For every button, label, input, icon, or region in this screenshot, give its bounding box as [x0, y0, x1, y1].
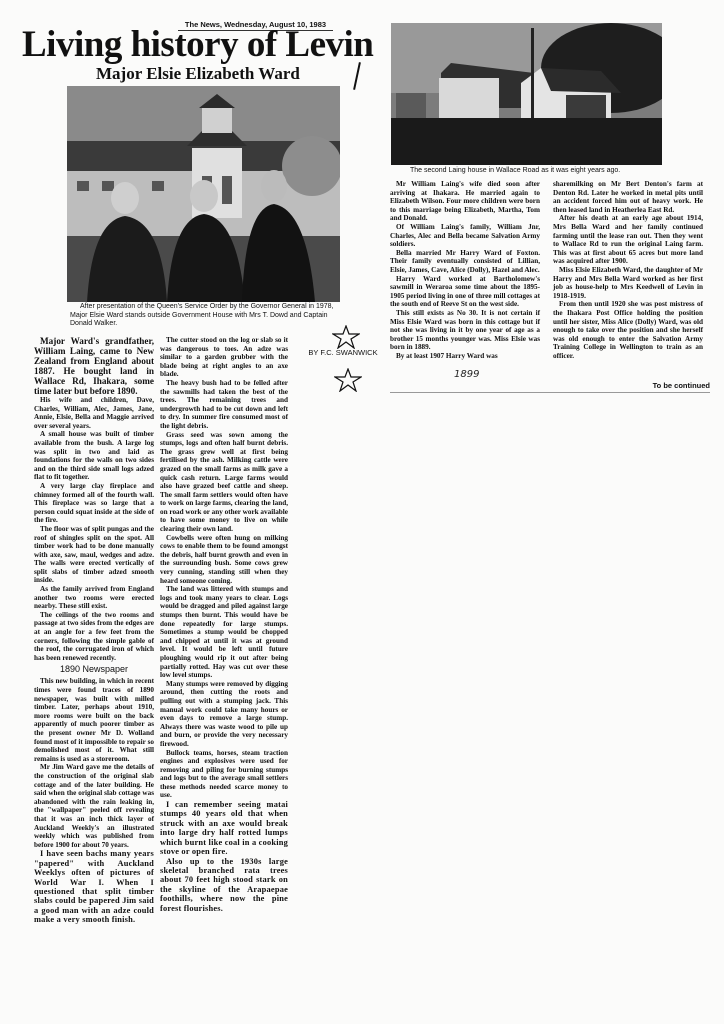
- to-be-continued: To be continued: [620, 381, 710, 390]
- paragraph: Grass seed was sown among the stumps, lo…: [160, 431, 288, 534]
- headline: Living history of Levin: [22, 24, 392, 66]
- article-column-4: sharemilking on Mr Bert Denton's farm at…: [553, 180, 703, 360]
- paragraph: As the family arrived from England anoth…: [34, 585, 154, 611]
- paragraph: Bella married Mr Harry Ward of Foxton. T…: [390, 249, 540, 275]
- paragraph: After his death at an early age about 19…: [553, 214, 703, 266]
- house-photo: [391, 23, 662, 165]
- star-icon: [334, 368, 362, 392]
- paragraph: The ceilings of the two rooms and passag…: [34, 611, 154, 663]
- house-photo-caption: The second Laing house in Wallace Road a…: [410, 167, 680, 176]
- paragraph: From then until 1920 she was post mistre…: [553, 300, 703, 360]
- paragraph: Harry Ward worked at Bartholomew's sawmi…: [390, 275, 540, 309]
- paragraph: The cutter stood on the log or slab so i…: [160, 336, 288, 379]
- article-column-2: The cutter stood on the log or slab so i…: [160, 336, 288, 913]
- article-column-3: Mr William Laing's wife died soon after …: [390, 180, 540, 360]
- paragraph: Of William Laing's family, William Jnr, …: [390, 223, 540, 249]
- main-photo-caption: After presentation of the Queen's Servic…: [70, 303, 346, 329]
- paragraph: His wife and children, Dave, Charles, Wi…: [34, 396, 154, 430]
- main-photo: [67, 86, 340, 302]
- paragraph: This still exists as No 30. It is not ce…: [390, 309, 540, 352]
- star-icon: [332, 325, 360, 349]
- subhead: Major Elsie Elizabeth Ward: [96, 64, 336, 84]
- paragraph: A small house was built of timber availa…: [34, 430, 154, 482]
- paragraph: sharemilking on Mr Bert Denton's farm at…: [553, 180, 703, 214]
- paragraph: Bullock teams, horses, steam traction en…: [160, 749, 288, 801]
- pen-mark: [353, 62, 361, 90]
- paragraph: Cowbells were often hung on milking cows…: [160, 534, 288, 586]
- paragraph: The floor was of split pungas and the ro…: [34, 525, 154, 585]
- paragraph: Miss Elsie Elizabeth Ward, the daughter …: [553, 266, 703, 300]
- paragraph: I have seen bachs many years "papered" w…: [34, 849, 154, 924]
- byline: BY F.C. SWANWICK: [298, 348, 388, 357]
- divider: [390, 392, 710, 393]
- paragraph: Mr Jim Ward gave me the details of the c…: [34, 763, 154, 849]
- paragraph: Mr William Laing's wife died soon after …: [390, 180, 540, 223]
- paragraph: By at least 1907 Harry Ward was: [390, 352, 540, 361]
- article-column-1: Major Ward's grandfather, William Laing,…: [34, 336, 154, 925]
- paragraph: The heavy bush had to be felled after th…: [160, 379, 288, 431]
- handwritten-note: 1899: [454, 369, 479, 380]
- paragraph: Many stumps were removed by digging arou…: [160, 680, 288, 749]
- paragraph: I can remember seeing matai stumps 40 ye…: [160, 800, 288, 856]
- paragraph: Also up to the 1930s large skeletal bran…: [160, 857, 288, 913]
- section-subheading: 1890 Newspaper: [34, 664, 154, 675]
- paragraph: This new building, in which in recent ti…: [34, 677, 154, 763]
- lead-paragraph: Major Ward's grandfather, William Laing,…: [34, 336, 154, 396]
- paragraph: A very large clay fireplace and chimney …: [34, 482, 154, 525]
- paragraph: The land was littered with stumps and lo…: [160, 585, 288, 680]
